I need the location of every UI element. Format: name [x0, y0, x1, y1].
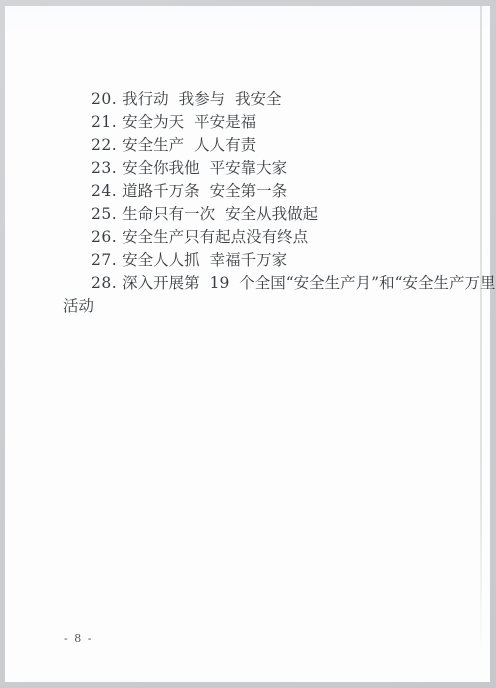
list-item: 24.道路千万条 安全第一条 [63, 180, 496, 203]
list-item: 26.安全生产只有起点没有终点 [63, 226, 496, 249]
item-text: 安全你我他 平安靠大家 [122, 159, 287, 177]
item-text: 生命只有一次 安全从我做起 [122, 205, 318, 223]
item-number: 25. [91, 205, 117, 223]
item-number: 23. [91, 159, 117, 177]
item-number: 26. [91, 228, 117, 246]
item-number: 20. [91, 90, 117, 108]
item-number: 21. [91, 113, 117, 131]
list-item: 21.安全为天 平安是福 [63, 111, 496, 134]
item-number: 22. [91, 136, 117, 154]
item-text: 深入开展第 19 个全国“安全生产月”和“安全生产万里行” [122, 274, 496, 292]
scan-background: 20.我行动 我参与 我安全 21.安全为天 平安是福 22.安全生产 人人有责… [0, 0, 496, 688]
slogan-list: 20.我行动 我参与 我安全 21.安全为天 平安是福 22.安全生产 人人有责… [63, 88, 496, 318]
list-item: 25.生命只有一次 安全从我做起 [63, 203, 496, 226]
item-number: 28. [91, 274, 117, 292]
item-text: 我行动 我参与 我安全 [122, 90, 281, 108]
item-text: 安全为天 平安是福 [122, 113, 256, 131]
item-text: 安全人人抓 幸福千万家 [122, 251, 287, 269]
list-item-continuation: 活动 [63, 295, 496, 318]
list-item: 27.安全人人抓 幸福千万家 [63, 249, 496, 272]
item-text: 安全生产只有起点没有终点 [122, 228, 308, 246]
item-number: 27. [91, 251, 117, 269]
page-number: - 8 - [64, 632, 93, 645]
item-text: 道路千万条 安全第一条 [122, 182, 287, 200]
list-item: 23.安全你我他 平安靠大家 [63, 157, 496, 180]
item-text: 安全生产 人人有责 [122, 136, 256, 154]
list-item: 28.深入开展第 19 个全国“安全生产月”和“安全生产万里行” [63, 272, 496, 295]
item-number: 24. [91, 182, 117, 200]
list-item: 20.我行动 我参与 我安全 [63, 88, 496, 111]
list-item: 22.安全生产 人人有责 [63, 134, 496, 157]
document-page: 20.我行动 我参与 我安全 21.安全为天 平安是福 22.安全生产 人人有责… [5, 6, 490, 682]
